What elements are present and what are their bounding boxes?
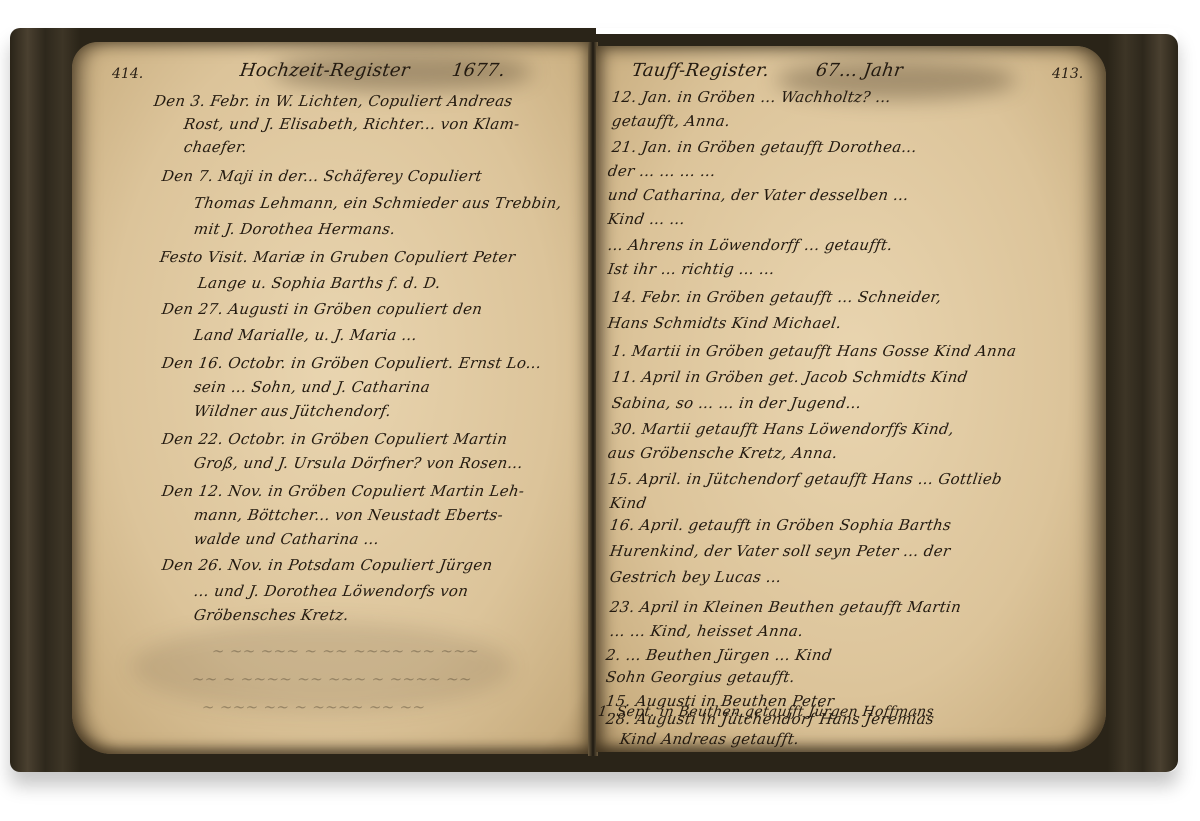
entry-line: Den 22. Octobr. in Gröben Copuliert Mart… (161, 430, 509, 448)
entry-line: Kind Andreas getaufft. (619, 730, 801, 748)
entry-line: Groß, und J. Ursula Dörfner? von Rosen..… (193, 454, 524, 472)
entry-line: und Catharina, der Vater desselben ... (607, 186, 910, 204)
bleed-through-text: ~ ~~ ~~~ ~ ~~ ~~~~ ~~ ~~~ (211, 642, 481, 660)
entry-line: 12. Jan. in Gröben ... Wachholtz? ... (611, 88, 892, 106)
entry-line: getaufft, Anna. (611, 112, 732, 130)
entry-line: der ... ... ... ... (607, 162, 717, 180)
entry-line: sein ... Sohn, und J. Catharina (193, 378, 432, 396)
right-page: 413. Tauff-Register. 67... Jahr 12. Jan.… (596, 46, 1106, 752)
entry-line: Gestrich bey Lucas ... (609, 568, 783, 586)
entry-line: Kind (609, 494, 648, 512)
entry-line: walde und Catharina ... (193, 530, 381, 548)
entry-line: Gröbensches Kretz. (193, 606, 350, 624)
entry-line: aus Gröbensche Kretz, Anna. (607, 444, 839, 462)
entry-line: 1. Martii in Gröben getaufft Hans Gosse … (611, 342, 1018, 360)
entry-line: chaefer. (183, 138, 249, 156)
entry-line: Rost, und J. Elisabeth, Richter... von K… (183, 115, 521, 133)
entry-line: 11. April in Gröben get. Jacob Schmidts … (611, 368, 969, 386)
entry-line: Thomas Lehmann, ein Schmieder aus Trebbi… (193, 194, 563, 212)
page-number-right: 413. (1052, 66, 1083, 82)
page-heading-right: Tauff-Register. (631, 60, 771, 81)
entry-line: Den 3. Febr. in W. Lichten, Copuliert An… (153, 92, 514, 110)
entry-line: Wildner aus Jütchendorf. (193, 402, 393, 420)
entry-line: Den 16. Octobr. in Gröben Copuliert. Ern… (161, 354, 543, 372)
page-heading-left: Hochzeit-Register (239, 60, 412, 81)
entry-line: mit J. Dorothea Hermans. (193, 220, 397, 238)
open-book: 414. Hochzeit-Register 1677. Den 3. Febr… (10, 28, 1178, 772)
page-number-left: 414. (112, 66, 143, 82)
year-label: 1677. (451, 60, 507, 81)
entry-line: 23. April in Kleinen Beuthen getaufft Ma… (609, 598, 963, 616)
page-heading-extra: 67... Jahr (815, 60, 905, 81)
entry-line: Den 12. Nov. in Gröben Copuliert Martin … (161, 482, 526, 500)
entry-line: 1. Sept. in Beuthen getaufft Jürgen Hoff… (597, 704, 935, 720)
entry-line: ... Ahrens in Löwendorff ... getaufft. (607, 236, 894, 254)
entry-line: Hans Schmidts Kind Michael. (607, 314, 843, 332)
entry-line: Den 27. Augusti in Gröben copuliert den (161, 300, 484, 318)
entry-line: Land Marialle, u. J. Maria ... (193, 326, 419, 344)
entry-line: 21. Jan. in Gröben getaufft Dorothea... (611, 138, 918, 156)
bleed-through-text: ~~ ~ ~~~~ ~~ ~~~ ~ ~~~~ ~~ (191, 670, 474, 688)
entry-line: Sohn Georgius getaufft. (605, 668, 796, 686)
entry-line: 15. April. in Jütchendorf getaufft Hans … (607, 470, 1004, 488)
entry-line: 30. Martii getaufft Hans Löwendorffs Kin… (611, 420, 956, 438)
entry-line: 2. ... Beuthen Jürgen ... Kind (605, 646, 833, 664)
entry-line: 16. April. getaufft in Gröben Sophia Bar… (609, 516, 953, 534)
entry-line: Hurenkind, der Vater soll seyn Peter ...… (609, 542, 952, 560)
bleed-through-text: ~ ~~~ ~~ ~ ~~~~ ~~ ~~ (201, 698, 427, 716)
entry-line: Den 26. Nov. in Potsdam Copuliert Jürgen (161, 556, 494, 574)
entry-line: ... ... Kind, heisset Anna. (609, 622, 805, 640)
entry-line: Festo Visit. Mariæ in Gruben Copuliert P… (159, 248, 517, 266)
entry-line: ... und J. Dorothea Löwendorfs von (193, 582, 470, 600)
left-page: 414. Hochzeit-Register 1677. Den 3. Febr… (72, 42, 592, 754)
entry-line: Sabina, so ... ... in der Jugend... (611, 394, 863, 412)
entry-line: 14. Febr. in Gröben getaufft ... Schneid… (611, 288, 943, 306)
entry-line: Ist ihr ... richtig ... ... (607, 260, 776, 278)
entry-line: mann, Böttcher... von Neustadt Eberts- (193, 506, 505, 524)
entry-line: Lange u. Sophia Barths f. d. D. (197, 274, 442, 292)
entry-line: Den 7. Maji in der... Schäferey Copulier… (161, 167, 483, 185)
entry-line: Kind ... ... (607, 210, 687, 228)
